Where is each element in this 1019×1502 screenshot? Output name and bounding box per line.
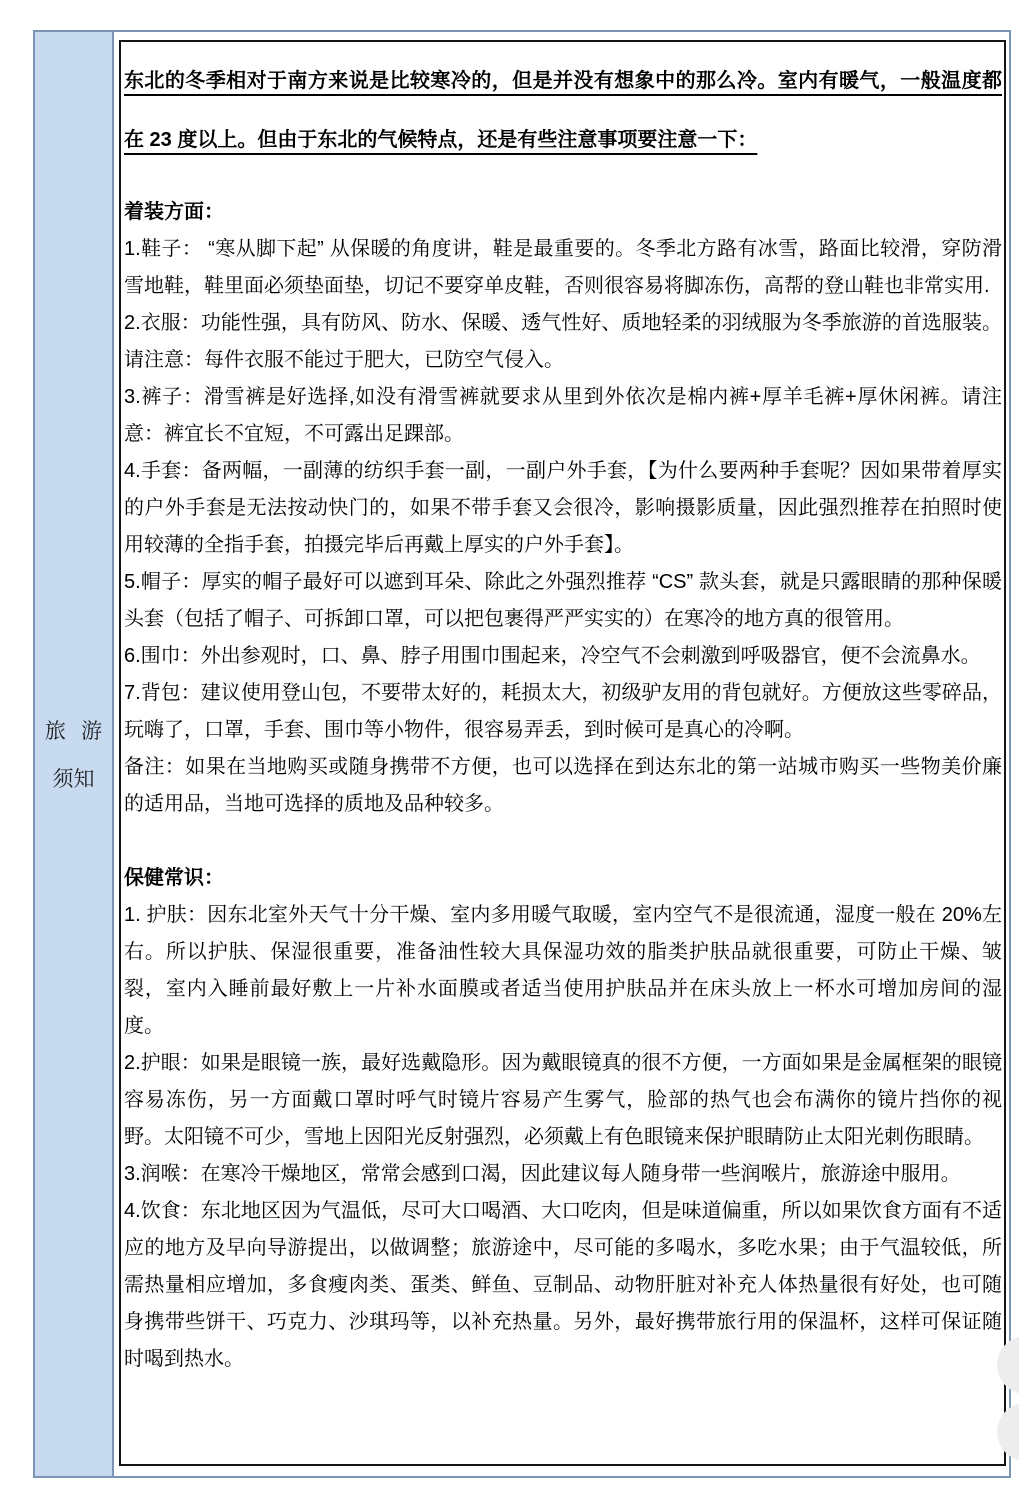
skincare-paragraph: 1. 护肤：因东北室外天气十分干燥、室内多用暖气取暖，室内空气不是很流通，湿度一… xyxy=(124,897,1002,1045)
remark-paragraph: 备注：如果在当地购买或随身携带不方便，也可以选择在到达东北的第一站城市购买一些物… xyxy=(124,749,1002,823)
clothing-section-heading: 着装方面： xyxy=(124,194,1002,231)
floating-button-bottom[interactable] xyxy=(997,1403,1019,1461)
row-label-line-2: 须知 xyxy=(53,763,95,793)
floating-button-top[interactable] xyxy=(997,1336,1019,1394)
backpack-paragraph: 7.背包：建议使用登山包，不要带太好的，耗损太大，初级驴友用的背包就好。方便放这… xyxy=(124,675,1002,749)
shoes-paragraph: 1.鞋子： “寒从脚下起” 从保暖的角度讲，鞋是最重要的。冬季北方路有冰雪，路面… xyxy=(124,231,1002,305)
health-section-heading: 保健常识： xyxy=(124,860,1002,897)
pants-paragraph: 3.裤子：滑雪裤是好选择,如没有滑雪裤就要求从里到外依次是棉内裤+厚羊毛裤+厚休… xyxy=(124,379,1002,453)
gloves-paragraph: 4.手套：备两幅，一副薄的纺织手套一副，一副户外手套，【为什么要两种手套呢？因如… xyxy=(124,453,1002,564)
eyecare-paragraph: 2.护眼：如果是眼镜一族，最好选戴隐形。因为戴眼镜真的很不方便，一方面如果是金属… xyxy=(124,1045,1002,1156)
hat-paragraph: 5.帽子：厚实的帽子最好可以遮到耳朵、除此之外强烈推荐 “CS” 款头套，就是只… xyxy=(124,564,1002,638)
scarf-paragraph: 6.围巾：外出参观时，口、鼻、脖子用围巾围起来，冷空气不会刺激到呼吸器官，便不会… xyxy=(124,638,1002,675)
content-box: 东北的冬季相对于南方来说是比较寒冷的，但是并没有想象中的那么冷。室内有暖气，一般… xyxy=(119,40,1006,1466)
travel-notice-table: 旅 游 须知 东北的冬季相对于南方来说是比较寒冷的，但是并没有想象中的那么冷。室… xyxy=(33,30,1011,1478)
row-label-line-1: 旅 游 xyxy=(45,715,102,745)
row-label-cell: 旅 游 须知 xyxy=(35,32,114,1476)
floating-widget xyxy=(997,1336,1019,1470)
content-cell: 东北的冬季相对于南方来说是比较寒冷的，但是并没有想象中的那么冷。室内有暖气，一般… xyxy=(114,32,1009,1476)
clothes-paragraph: 2.衣服：功能性强，具有防风、防水、保暖、透气性好、质地轻柔的羽绒服为冬季旅游的… xyxy=(124,305,1002,379)
intro-paragraph: 东北的冬季相对于南方来说是比较寒冷的，但是并没有想象中的那么冷。室内有暖气，一般… xyxy=(124,52,1002,170)
diet-paragraph: 4.饮食：东北地区因为气温低，尽可大口喝酒、大口吃肉，但是味道偏重，所以如果饮食… xyxy=(124,1193,1002,1378)
throat-paragraph: 3.润喉：在寒冷干燥地区，常常会感到口渴，因此建议每人随身带一些润喉片，旅游途中… xyxy=(124,1156,1002,1193)
